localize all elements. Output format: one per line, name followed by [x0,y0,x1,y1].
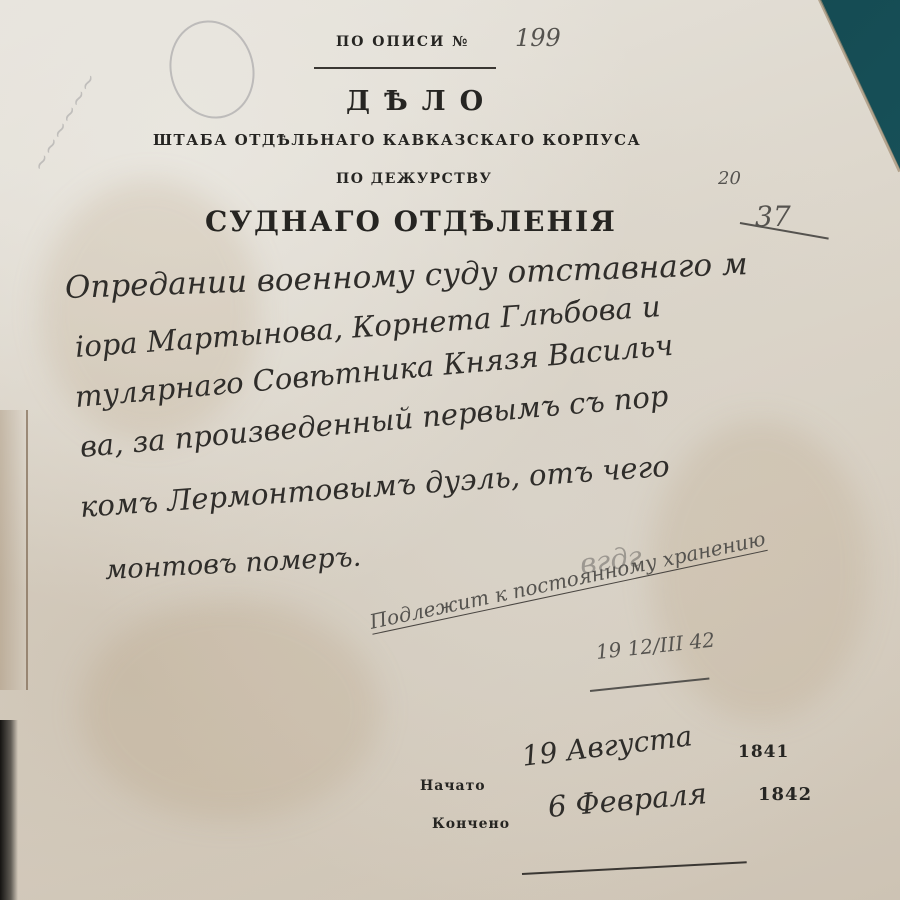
end-date-label: Кончено [432,816,510,832]
start-date-value: 19 Августа [520,719,694,773]
page-fold [0,410,28,690]
document-page: ~~~~~~ ПО ОПИСИ № 199 ДѢЛО ШТАБА ОТДѢЛЬН… [0,0,900,900]
footer-rule [522,861,747,875]
document-title: ДѢЛО [346,86,497,117]
margin-note-top: 20 [718,168,741,189]
end-date-year: 1842 [758,784,812,805]
document-section: СУДНАГО ОТДѢЛЕНІЯ [205,205,617,238]
document-subtitle-duty: ПО ДЕЖУРСТВУ [336,171,492,187]
paper-stain [80,600,380,820]
paper-stain [650,420,870,720]
start-date-year: 1841 [738,742,789,762]
handwritten-line: комъ Лермонтовымъ дуэль, отъ чего [79,449,671,524]
photo-scene: ~~~~~~ ПО ОПИСИ № 199 ДѢЛО ШТАБА ОТДѢЛЬН… [0,0,900,900]
document-subtitle-corps: ШТАБА ОТДѢЛЬНАГО КАВКАЗСКАГО КОРПУСА [153,131,641,149]
start-date-label: Начато [420,778,486,794]
header-rule [314,67,496,69]
inventory-label: ПО ОПИСИ № [336,34,469,50]
faded-handwriting: ~~~~~~ [27,68,104,176]
binding-shadow [0,720,18,900]
faded-stamp [159,11,266,128]
inventory-number: 199 [515,24,561,52]
handwritten-line: монтовъ померъ. [104,542,362,586]
end-date-value: 6 Февраля [547,776,709,824]
